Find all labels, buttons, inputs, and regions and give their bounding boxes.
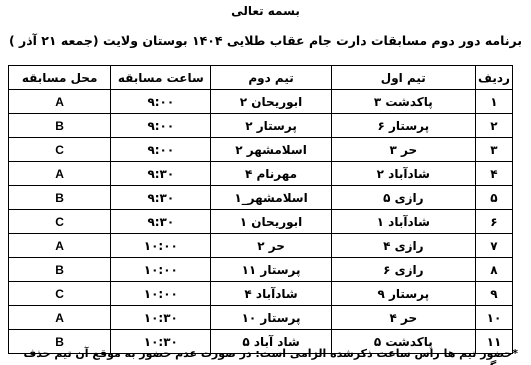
location-cell: C <box>9 282 111 306</box>
attendance-footnote: *حضور تیم ها راس ساعت ذکرشده الزامی است:… <box>8 347 518 365</box>
time-cell: ۱۰:۰۰ <box>111 282 211 306</box>
table-row: ۶ شادآباد ۱ ابوریحان ۱ ۹:۳۰ C <box>9 210 513 234</box>
table-row: ۵ رازی ۵ اسلامشهر_۱ ۹:۳۰ B <box>9 186 513 210</box>
team2-cell: پرستار ۲ <box>211 114 331 138</box>
table-header-row: ردیف تیم اول تیم دوم ساعت مسابقه محل مسا… <box>9 66 513 90</box>
team1-cell: حر ۴ <box>331 306 475 330</box>
team2-cell: اسلامشهر ۲ <box>211 138 331 162</box>
column-header-location: محل مسابقه <box>9 66 111 90</box>
team1-cell: شادآباد ۱ <box>331 210 475 234</box>
location-cell: A <box>9 90 111 114</box>
location-cell: C <box>9 138 111 162</box>
column-header-team1: تیم اول <box>331 66 475 90</box>
invocation-heading: بسمه تعالی <box>0 4 531 18</box>
team2-cell: پرستار ۱۱ <box>211 258 331 282</box>
time-cell: ۹:۰۰ <box>111 138 211 162</box>
location-cell: B <box>9 186 111 210</box>
location-cell: A <box>9 162 111 186</box>
time-cell: ۹:۰۰ <box>111 90 211 114</box>
team1-cell: رازی ۶ <box>331 258 475 282</box>
team2-cell: ابوریحان ۱ <box>211 210 331 234</box>
team2-cell: مهرنام ۴ <box>211 162 331 186</box>
team1-cell: شادآباد ۲ <box>331 162 475 186</box>
team2-cell: پرستار ۱۰ <box>211 306 331 330</box>
match-schedule-table: ردیف تیم اول تیم دوم ساعت مسابقه محل مسا… <box>8 65 513 354</box>
team2-cell: حر ۲ <box>211 234 331 258</box>
row-number: ۵ <box>475 186 512 210</box>
row-number: ۹ <box>475 282 512 306</box>
row-number: ۸ <box>475 258 512 282</box>
column-header-row-number: ردیف <box>475 66 512 90</box>
column-header-team2: تیم دوم <box>211 66 331 90</box>
team2-cell: شادآباد ۴ <box>211 282 331 306</box>
team1-cell: پرستار ۶ <box>331 114 475 138</box>
row-number: ۶ <box>475 210 512 234</box>
table-row: ۸ رازی ۶ پرستار ۱۱ ۱۰:۰۰ B <box>9 258 513 282</box>
team2-cell: اسلامشهر_۱ <box>211 186 331 210</box>
team1-cell: پاکدشت ۳ <box>331 90 475 114</box>
row-number: ۴ <box>475 162 512 186</box>
page-title: برنامه دور دوم مسابقات دارت جام عقاب طلا… <box>0 33 531 48</box>
row-number: ۱ <box>475 90 512 114</box>
team1-cell: رازی ۵ <box>331 186 475 210</box>
team2-cell: ابوریحان ۲ <box>211 90 331 114</box>
time-cell: ۹:۳۰ <box>111 210 211 234</box>
team1-cell: رازی ۴ <box>331 234 475 258</box>
table-row: ۱ پاکدشت ۳ ابوریحان ۲ ۹:۰۰ A <box>9 90 513 114</box>
time-cell: ۹:۳۰ <box>111 186 211 210</box>
table-row: ۷ رازی ۴ حر ۲ ۱۰:۰۰ A <box>9 234 513 258</box>
location-cell: A <box>9 306 111 330</box>
table-row: ۲ پرستار ۶ پرستار ۲ ۹:۰۰ B <box>9 114 513 138</box>
location-cell: B <box>9 114 111 138</box>
row-number: ۳ <box>475 138 512 162</box>
time-cell: ۹:۳۰ <box>111 162 211 186</box>
table-row: ۱۰ حر ۴ پرستار ۱۰ ۱۰:۳۰ A <box>9 306 513 330</box>
table-row: ۴ شادآباد ۲ مهرنام ۴ ۹:۳۰ A <box>9 162 513 186</box>
row-number: ۱۰ <box>475 306 512 330</box>
location-cell: B <box>9 258 111 282</box>
time-cell: ۹:۰۰ <box>111 114 211 138</box>
time-cell: ۱۰:۳۰ <box>111 306 211 330</box>
table-row: ۹ پرستار ۹ شادآباد ۴ ۱۰:۰۰ C <box>9 282 513 306</box>
time-cell: ۱۰:۰۰ <box>111 258 211 282</box>
row-number: ۷ <box>475 234 512 258</box>
location-cell: A <box>9 234 111 258</box>
team1-cell: پرستار ۹ <box>331 282 475 306</box>
team1-cell: حر ۳ <box>331 138 475 162</box>
table-row: ۳ حر ۳ اسلامشهر ۲ ۹:۰۰ C <box>9 138 513 162</box>
location-cell: C <box>9 210 111 234</box>
time-cell: ۱۰:۰۰ <box>111 234 211 258</box>
column-header-time: ساعت مسابقه <box>111 66 211 90</box>
row-number: ۲ <box>475 114 512 138</box>
